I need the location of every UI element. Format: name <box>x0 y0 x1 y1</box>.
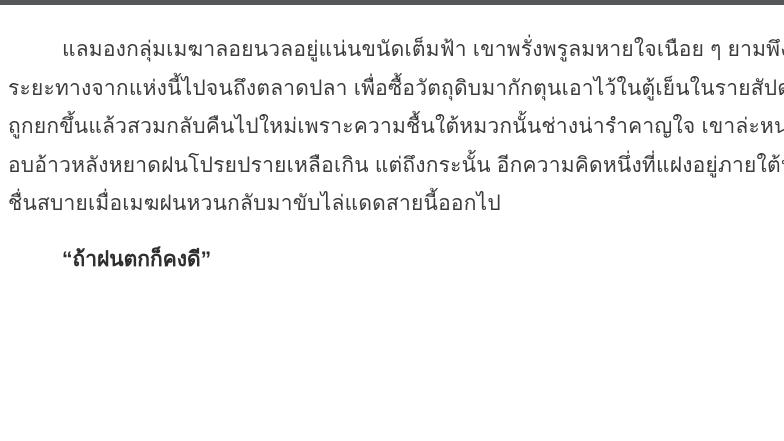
paragraph-line: ระยะทางจากแห่งนี้ไปจนถึงตลาดปลา เพื่อซื้… <box>8 70 776 109</box>
paragraph-line: แลมองกลุ่มเมฆาลอยนวลอยู่แน่นขนัดเต็มฟ้า … <box>8 31 776 70</box>
paragraph-line: ถูกยกขึ้นแล้วสวมกลับคืนไปใหม่เพราะความชื… <box>8 108 776 147</box>
paragraph-line: ชื่นสบายเมื่อเมฆฝนหวนกลับมาขับไล่แดดสายน… <box>8 185 776 224</box>
paragraph-line: อบอ้าวหลังหยาดฝนโปรยปรายเหลือเกิน แต่ถึง… <box>8 147 776 186</box>
document-content: แลมองกลุ่มเมฆาลอยนวลอยู่แน่นขนัดเต็มฟ้า … <box>8 31 776 279</box>
top-edge-bar <box>0 0 784 5</box>
document-page: แลมองกลุ่มเมฆาลอยนวลอยู่แน่นขนัดเต็มฟ้า … <box>0 0 784 441</box>
paragraph: แลมองกลุ่มเมฆาลอยนวลอยู่แน่นขนัดเต็มฟ้า … <box>8 31 776 224</box>
quote-line: “ถ้าฝนตกก็คงดี” <box>8 241 776 280</box>
